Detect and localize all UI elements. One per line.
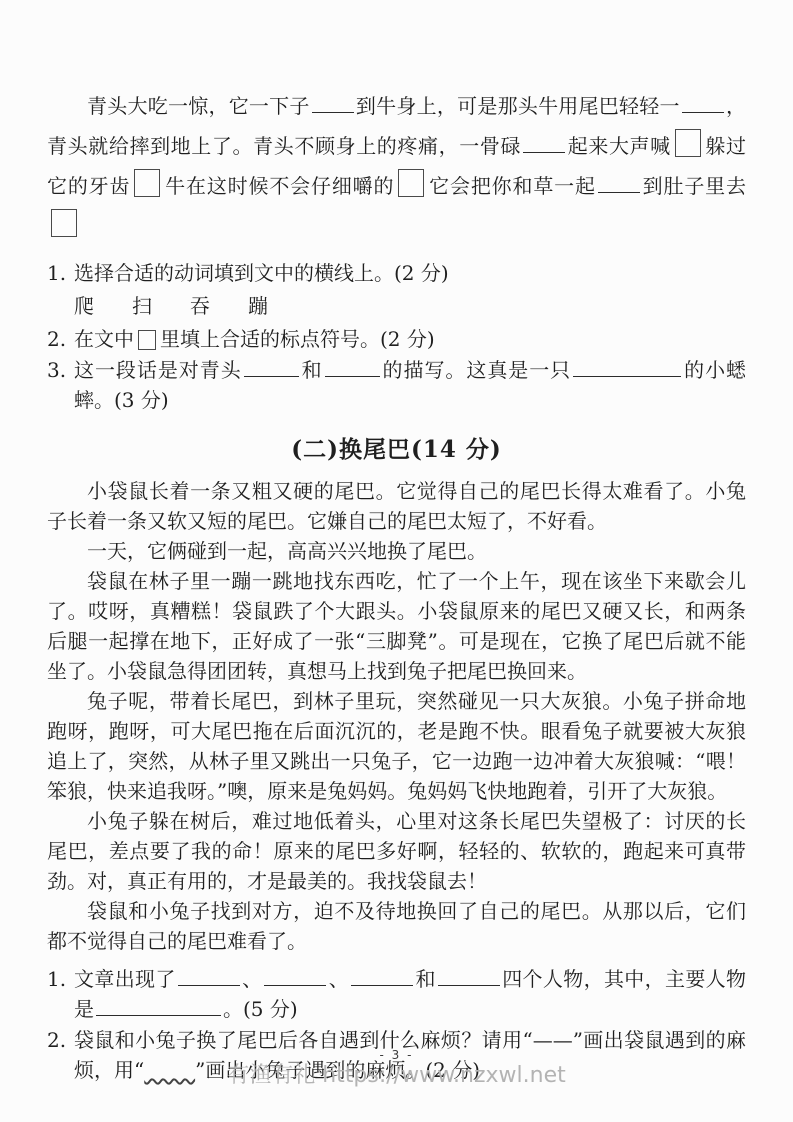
fill-in-blank[interactable] xyxy=(96,1000,221,1016)
fill-in-blank[interactable] xyxy=(438,970,500,986)
section-1-questions: 1. 选择合适的动词填到文中的横线上。(2 分) 爬 扫 吞 蹦 2. 在文中里… xyxy=(47,258,746,415)
watermark: 有渔有礼 https://www.nzxwl.net xyxy=(0,1058,793,1089)
word-bank-word: 爬 xyxy=(74,291,94,321)
passage-paragraph: 袋鼠和小兔子找到对方，迫不及待地换回了自己的尾巴。从那以后，它们都不觉得自己的尾… xyxy=(47,896,746,956)
question-number: 3. xyxy=(47,355,74,415)
question-text: 选择合适的动词填到文中的横线上。(2 分) xyxy=(74,258,746,288)
fill-in-blank[interactable] xyxy=(351,970,413,986)
word-bank-word: 吞 xyxy=(190,291,210,321)
question-text: 在文中里填上合适的标点符号。(2 分) xyxy=(74,324,746,354)
question-number: 2. xyxy=(47,324,74,354)
fill-in-blank[interactable] xyxy=(312,97,354,113)
question-number: 1. xyxy=(47,258,74,288)
question-number: 1. xyxy=(47,964,74,1024)
passage-paragraph: 一天，它俩碰到一起，高高兴兴地换了尾巴。 xyxy=(47,536,746,566)
punctuation-box[interactable] xyxy=(138,330,156,350)
punctuation-box[interactable] xyxy=(134,169,160,197)
passage-2: 小袋鼠长着一条又粗又硬的尾巴。它觉得自己的尾巴长得太难看了。小兔子长着一条又软又… xyxy=(47,476,746,956)
fill-in-blank[interactable] xyxy=(178,970,240,986)
word-bank-word: 蹦 xyxy=(248,291,268,321)
fill-in-blank[interactable] xyxy=(244,361,299,377)
fill-in-blank[interactable] xyxy=(682,97,724,113)
question-text: 这一段话是对青头和的描写。这真是一只的小蟋蟀。(3 分) xyxy=(74,355,746,415)
section-title: (二)换尾巴(14 分) xyxy=(47,431,746,464)
question-item: 3. 这一段话是对青头和的描写。这真是一只的小蟋蟀。(3 分) xyxy=(47,355,746,415)
worksheet-page: 青头大吃一惊，它一下子到牛身上，可是那头牛用尾巴轻轻一，青头就给摔到地上了。青头… xyxy=(0,0,793,1122)
passage-paragraph: 小兔子躲在树后，难过地低着头，心里对这条长尾巴失望极了：讨厌的长尾巴，差点要了我… xyxy=(47,806,746,896)
fill-in-blank[interactable] xyxy=(598,177,640,193)
question-item: 2. 在文中里填上合适的标点符号。(2 分) xyxy=(47,324,746,354)
fill-in-blank[interactable] xyxy=(523,137,565,153)
question-text: 文章出现了、、和四个人物，其中，主要人物是。(5 分) xyxy=(74,964,746,1024)
fill-in-blank[interactable] xyxy=(264,970,326,986)
fill-in-blank[interactable] xyxy=(573,361,681,377)
passage-1: 青头大吃一惊，它一下子到牛身上，可是那头牛用尾巴轻轻一，青头就给摔到地上了。青头… xyxy=(47,86,746,246)
punctuation-box[interactable] xyxy=(51,209,77,237)
passage-paragraph: 袋鼠在林子里一蹦一跳地找东西吃，忙了一个上午，现在该坐下来歇会儿了。哎呀，真糟糕… xyxy=(47,566,746,686)
punctuation-box[interactable] xyxy=(398,169,424,197)
question-item: 1. 选择合适的动词填到文中的横线上。(2 分) xyxy=(47,258,746,288)
passage-paragraph: 兔子呢，带着长尾巴，到林子里玩，突然碰见一只大灰狼。小兔子拼命地跑呀，跑呀，可大… xyxy=(47,686,746,806)
word-bank: 爬 扫 吞 蹦 xyxy=(74,291,746,321)
word-bank-word: 扫 xyxy=(132,291,152,321)
punctuation-box[interactable] xyxy=(675,129,701,157)
passage-paragraph: 小袋鼠长着一条又粗又硬的尾巴。它觉得自己的尾巴长得太难看了。小兔子长着一条又软又… xyxy=(47,476,746,536)
fill-in-blank[interactable] xyxy=(325,361,380,377)
question-item: 1. 文章出现了、、和四个人物，其中，主要人物是。(5 分) xyxy=(47,964,746,1024)
